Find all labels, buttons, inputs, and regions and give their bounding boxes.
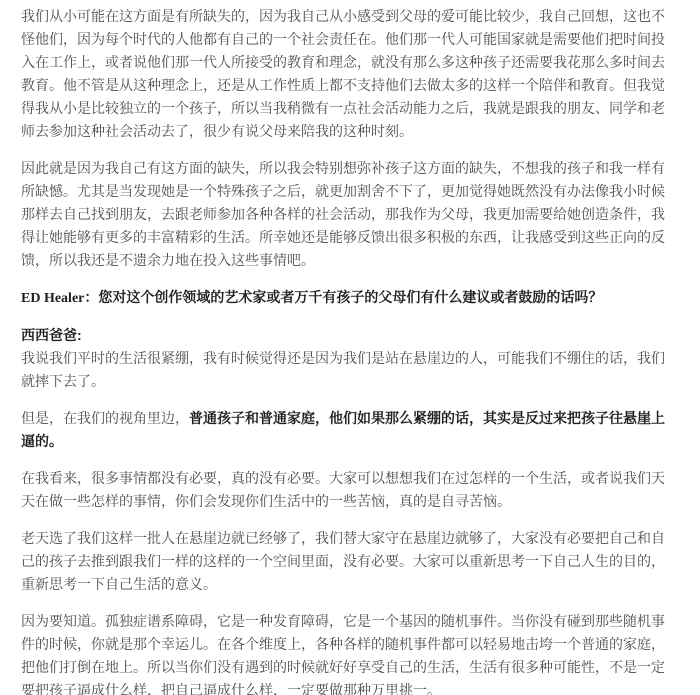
paragraph-cliff-lead: 但是，在我们的视角里边， (21, 410, 189, 426)
paragraph-random-events: 因为要知道。孤独症谱系障碍，它是一种发育障碍，它是一个基因的随机事件。当你没有碰… (21, 610, 665, 695)
paragraph-compensate-child: 因此就是因为我自己有这方面的缺失，所以我会特别想弥补孩子这方面的缺失，不想我的孩… (21, 157, 665, 272)
paragraph-cliff-warning: 但是，在我们的视角里边，普通孩子和普通家庭，他们如果那么紧绷的话，其实是反过来把… (21, 407, 665, 453)
answer-text: 我说我们平时的生活很紧绷，我有时候觉得还是因为我们是站在悬崖边的人，可能我们不绷… (21, 350, 665, 389)
paragraph-childhood-missing: 我们从小可能在这方面是有所缺失的，因为我自己从小感受到父母的爱可能比较少，我自己… (21, 5, 665, 143)
interviewer-question: ED Healer：您对这个创作领域的艺术家或者万千有孩子的父母们有什么建议或者… (21, 286, 665, 310)
question-text: 您对这个创作领域的艺术家或者万千有孩子的父母们有什么建议或者鼓励的话吗？ (98, 289, 602, 305)
interviewee-answer: 西西爸爸:我说我们平时的生活很紧绷，我有时候觉得还是因为我们是站在悬崖边的人，可… (21, 324, 665, 393)
paragraph-no-need: 在我看来，很多事情都没有必要，真的没有必要。大家可以想想我们在过怎样的一个生活，… (21, 467, 665, 513)
paragraph-guard-cliff: 老天选了我们这样一批人在悬崖边就已经够了，我们替大家守在悬崖边就够了，大家没有必… (21, 527, 665, 596)
interviewee-name: 西西爸爸: (21, 327, 82, 343)
interviewer-name: ED Healer： (21, 291, 98, 306)
article-body: 我们从小可能在这方面是有所缺失的，因为我自己从小感受到父母的爱可能比较少，我自己… (0, 0, 700, 695)
